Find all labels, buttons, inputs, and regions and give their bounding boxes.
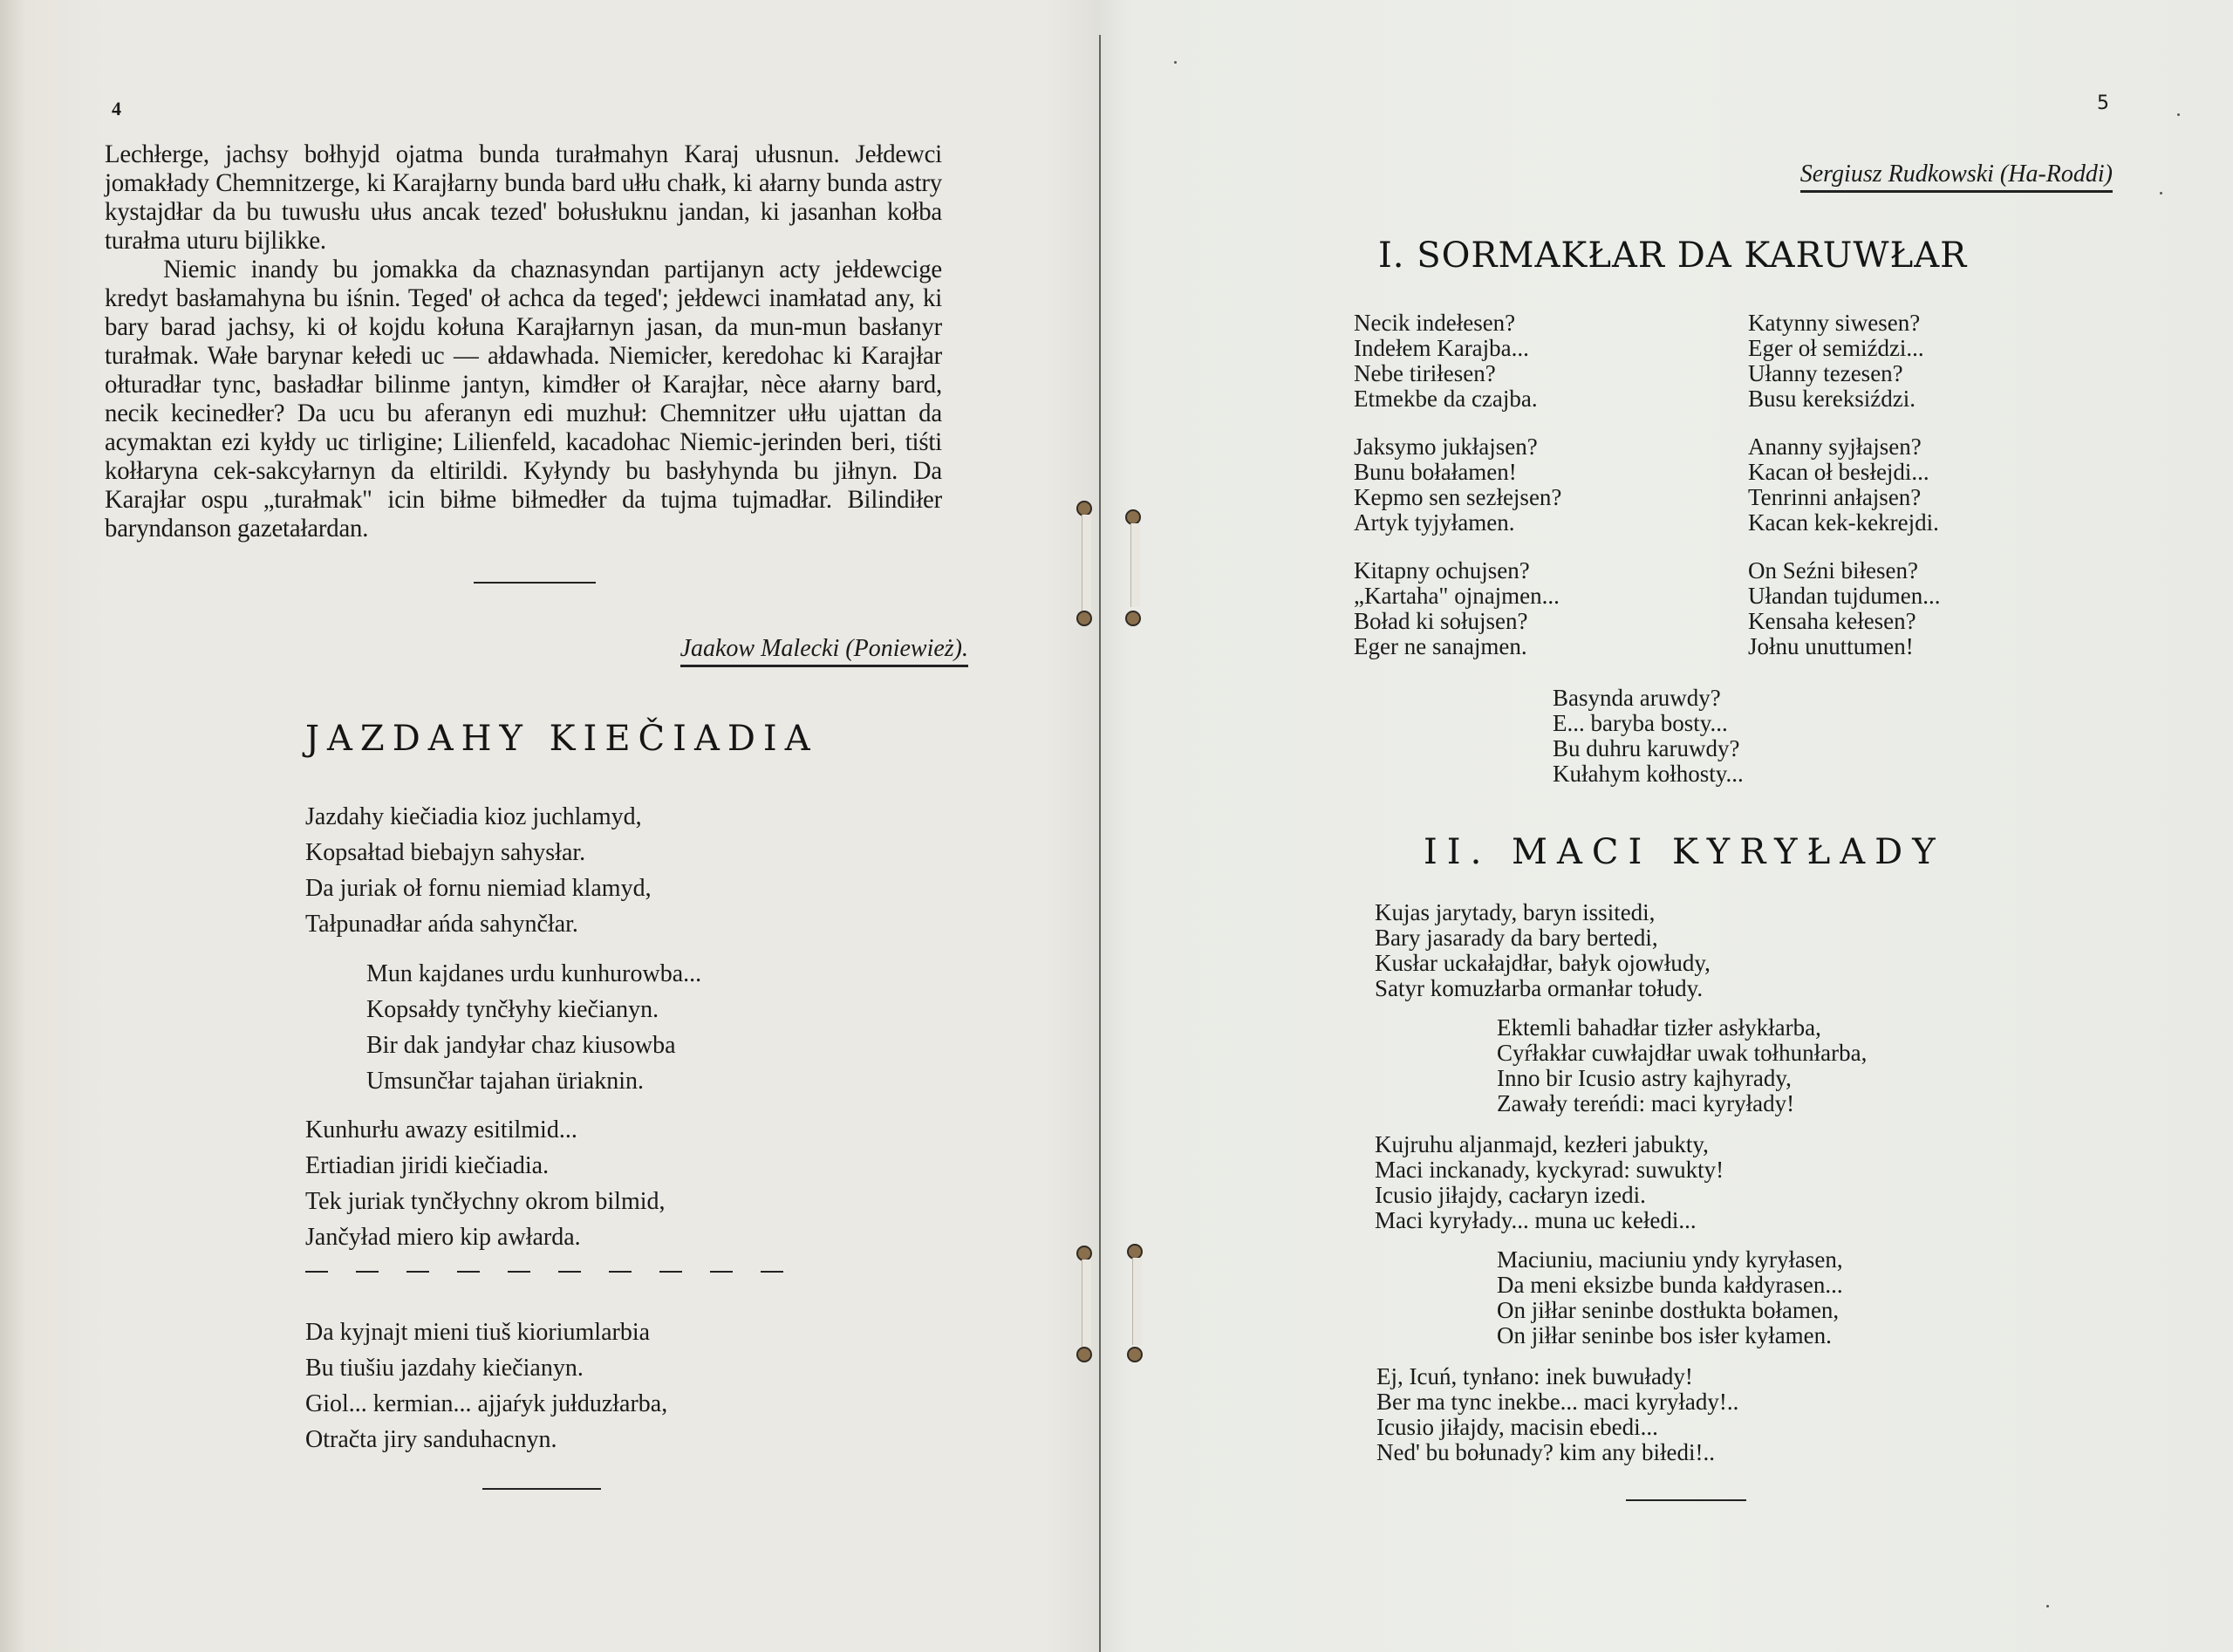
poem-line: Ej, Icuń, tynłano: inek buwułady! [1376, 1364, 1738, 1389]
prose-paragraph-2: Niemic inandy bu jomakka da chaznasyndan… [105, 255, 942, 543]
poem-line: Kopsałtad biebajyn sahysłar. [305, 835, 652, 870]
prose-paragraph-1: Lechłerge, jachsy bołhyjd ojatma bunda t… [105, 140, 942, 255]
poem1-stanza: Ananny syjłajsen? Kacan oł besłejdi... T… [1748, 434, 1939, 536]
poem-stanza: Da kyjnajt mieni tiuš kioriumlarbia Bu t… [305, 1314, 667, 1457]
poem-line: On jiłłar seninbe dostłukta bołamen, [1497, 1298, 1843, 1323]
right-page: 5 Sergiusz Rudkowski (Ha-Roddi) I. SORMA… [1096, 0, 2233, 1652]
poem1-stanza: On Seźni biłesen? Ułandan tujdumen... Ke… [1748, 558, 1940, 659]
poem-line: Busu kereksiździ. [1748, 386, 1924, 412]
poem2-stanza: Kujas jarytady, baryn issitedi, Bary jas… [1375, 900, 1711, 1001]
poem-line: Icusio jiłajdy, cacłaryn izedi. [1375, 1183, 1724, 1208]
poem-line: On jiłłar seninbe bos isłer kyłamen. [1497, 1323, 1843, 1348]
poem-stanza: Kunhurłu awazy esitilmid... Ertiadian ji… [305, 1112, 666, 1255]
poem1-closing-stanza: Basynda aruwdy? E... baryba bosty... Bu … [1553, 686, 1744, 787]
left-page: 4 Lechłerge, jachsy bołhyjd ojatma bunda… [0, 0, 1096, 1652]
poem-line: Kujas jarytady, baryn issitedi, [1375, 900, 1711, 925]
poem-line: Mun kajdanes urdu kunhurowba... [366, 956, 701, 992]
paper-speck [1174, 61, 1177, 64]
poem-line: Nebe tiriłesen? [1354, 361, 1538, 386]
poem-title: JAZDAHY KIEČIADIA [305, 719, 818, 759]
poem1-stanza: Jaksymo jukłajsen? Bunu bołałamen! Kepmo… [1354, 434, 1561, 536]
poem-author-byline: Jaakow Malecki (Poniewież). [680, 635, 968, 667]
poem-line: Kusłar uckałajdłar, bałyk ojowłudy, [1375, 951, 1711, 976]
poem-line: Eger ne sanajmen. [1354, 634, 1560, 659]
end-divider [482, 1488, 601, 1490]
poem-stanza: Jazdahy kiečiadia kioz juchlamyd, Kopsał… [305, 799, 652, 942]
poem1-stanza: Katynny siwesen? Eger oł semiździ... Uła… [1748, 311, 1924, 412]
poem2-title: II. MACI KYRYŁADY [1424, 832, 1945, 872]
poem-line: Jaksymo jukłajsen? [1354, 434, 1561, 460]
poem-line: Kułahym kołhosty... [1553, 761, 1744, 787]
book-gutter [1099, 35, 1101, 1652]
poem-line: Otračta jiry sanduhacnyn. [305, 1422, 667, 1457]
poem-line: Eger oł semiździ... [1748, 336, 1924, 361]
poem-line: Necik indełesen? [1354, 311, 1538, 336]
poem-line: Maci kyryłady... muna uc kełedi... [1375, 1208, 1724, 1233]
poem-line: Kopsałdy tynčłyhy kiečianyn. [366, 992, 701, 1027]
poem-line: Zawały tereńdi: maci kyryłady! [1497, 1091, 1867, 1116]
poem1-title: I. SORMAKŁAR DA KARUWŁAR [1378, 236, 1967, 276]
poem-line: Inno bir Icusio astry kajhyrady, [1497, 1066, 1867, 1091]
poem-line: Indełem Karajba... [1354, 336, 1538, 361]
poem-line: Kensaha kełesen? [1748, 609, 1940, 634]
poem-line: Da juriak oł fornu niemiad klamyd, [305, 870, 652, 906]
poem-line: Ned' bu bołunady? kim any biłedi!.. [1376, 1440, 1738, 1465]
poem2-stanza-indented: Maciuniu, maciuniu yndy kyryłasen, Da me… [1497, 1247, 1843, 1348]
poem-line: Basynda aruwdy? [1553, 686, 1744, 711]
poem-line: Bary jasarady da bary bertedi, [1375, 925, 1711, 951]
poem-line: Ułanny tezesen? [1748, 361, 1924, 386]
poem-line: Boład ki sołujsen? [1354, 609, 1560, 634]
poem-line: Jołnu unuttumen! [1748, 634, 1940, 659]
poem-line: Icusio jiłajdy, macisin ebedi... [1376, 1415, 1738, 1440]
poem-line: Ber ma tync inekbe... maci kyryłady!.. [1376, 1389, 1738, 1415]
poem-line: Bu duhru karuwdy? [1553, 736, 1744, 761]
poem-line: Maci inckanady, kyckyrad: suwukty! [1375, 1157, 1724, 1183]
poem-line: Kujruhu aljanmajd, kezłeri jabukty, [1375, 1132, 1724, 1157]
poem-line: Umsunčłar tajahan üriaknin. [366, 1063, 701, 1099]
poem2-stanza: Ej, Icuń, tynłano: inek buwułady! Ber ma… [1376, 1364, 1738, 1465]
poem-line: Satyr komuzłarba ormanłar tołudy. [1375, 976, 1711, 1001]
poem-author-byline: Sergiusz Rudkowski (Ha-Roddi) [1800, 160, 2113, 193]
poem-stanza-indented: Mun kajdanes urdu kunhurowba... Kopsałdy… [366, 956, 701, 1099]
poem2-stanza: Kujruhu aljanmajd, kezłeri jabukty, Maci… [1375, 1132, 1724, 1233]
poem-line: Da kyjnajt mieni tiuš kioriumlarbia [305, 1314, 667, 1350]
poem-line: On Seźni biłesen? [1748, 558, 1940, 584]
poem-line: Ananny syjłajsen? [1748, 434, 1939, 460]
poem-line: Kacan kek-kekrejdi. [1748, 510, 1939, 536]
poem-line: Bunu bołałamen! [1354, 460, 1561, 485]
poem-line: Da meni eksizbe bunda kałdyrasen... [1497, 1273, 1843, 1298]
poem-line: Katynny siwesen? [1748, 311, 1924, 336]
poem-line: Etmekbe da czajba. [1354, 386, 1538, 412]
poem-line: Tałpunadłar ańda sahynčłar. [305, 906, 652, 942]
poem-line: Kacan oł besłejdi... [1748, 460, 1939, 485]
end-divider [1626, 1499, 1746, 1501]
poem-line: Jančyład miero kip awłarda. [305, 1219, 666, 1255]
paper-speck [2160, 192, 2162, 195]
poem-line: Bu tiušiu jazdahy kiečianyn. [305, 1350, 667, 1386]
poem-line: Bir dak jandyłar chaz kiusowba [366, 1027, 701, 1063]
article-prose: Lechłerge, jachsy bołhyjd ojatma bunda t… [105, 140, 942, 543]
poem-line: Kitapny ochujsen? [1354, 558, 1560, 584]
poem-line: Kepmo sen sezłejsen? [1354, 485, 1561, 510]
dashed-separator [305, 1271, 783, 1273]
paper-speck [2046, 1605, 2049, 1608]
poem1-stanza: Necik indełesen? Indełem Karajba... Nebe… [1354, 311, 1538, 412]
poem-line: „Kartaha" ojnajmen... [1354, 584, 1560, 609]
poem-line: Cyŕłakłar cuwłajdłar uwak tołhunłarba, [1497, 1041, 1867, 1066]
poem1-stanza: Kitapny ochujsen? „Kartaha" ojnajmen... … [1354, 558, 1560, 659]
page-number-right: 5 [2097, 92, 2109, 114]
poem-line: Ertiadian jiridi kiečiadia. [305, 1148, 666, 1184]
poem-line: Kunhurłu awazy esitilmid... [305, 1112, 666, 1148]
page-number-left: 4 [112, 98, 121, 120]
poem-line: Maciuniu, maciuniu yndy kyryłasen, [1497, 1247, 1843, 1273]
poem-line: E... baryba bosty... [1553, 711, 1744, 736]
poem-line: Tek juriak tynčłychny okrom bilmid, [305, 1184, 666, 1219]
poem-line: Tenrinni anłajsen? [1748, 485, 1939, 510]
poem-line: Ektemli bahadłar tizłer asłykłarba, [1497, 1015, 1867, 1041]
section-divider [474, 582, 596, 584]
paper-speck [2177, 113, 2180, 116]
poem-line: Giol... kermian... ajjaŕyk jułduzłarba, [305, 1386, 667, 1422]
poem-line: Artyk tyjyłamen. [1354, 510, 1561, 536]
poem-line: Ułandan tujdumen... [1748, 584, 1940, 609]
poem2-stanza-indented: Ektemli bahadłar tizłer asłykłarba, Cyŕł… [1497, 1015, 1867, 1116]
poem-line: Jazdahy kiečiadia kioz juchlamyd, [305, 799, 652, 835]
